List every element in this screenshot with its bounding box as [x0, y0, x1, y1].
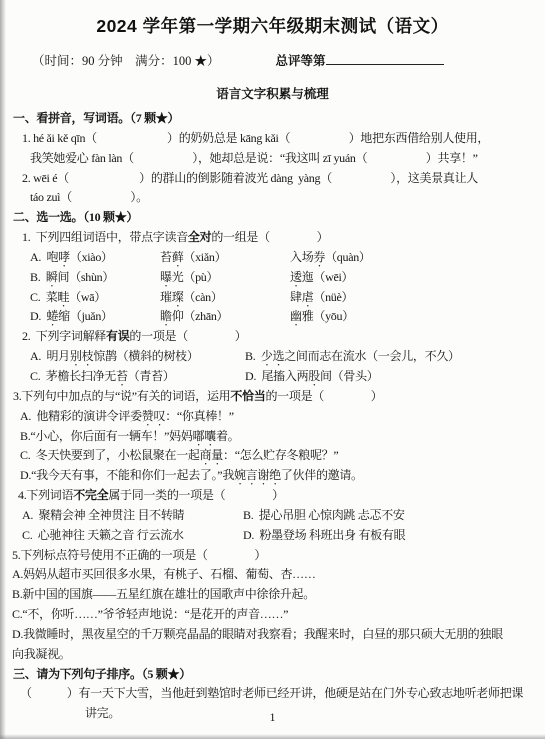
text-segment: （ ）有一天下大雪，当他赶到塾馆时老师已经开讲，他硬是站在门外专心致志地听老师把… [20, 686, 523, 700]
option-column: C. 心驰神往 天籁之音 行云流水 [22, 526, 243, 546]
option-column: B. 瞬间（shùn） [30, 268, 160, 290]
option-line-2-5-A: A.妈妈从超市买回很多水果，有桃子、石榴、葡萄、杏…… [0, 565, 545, 585]
text-segment: D. [30, 309, 46, 323]
text-segment: ：“怎么贮存冬粮呢？” [223, 448, 338, 462]
grade-label: 总评等第 [276, 54, 326, 68]
dotted-emphasis-text: 藓 [172, 250, 184, 264]
text-segment: 光（pù） [172, 270, 219, 284]
text-segment: （xiào） [70, 250, 113, 264]
scan-edge-bottom [0, 734, 545, 739]
text-segment: （nüè） [313, 290, 353, 304]
dotted-emphasis-text: 曝 [160, 270, 172, 284]
text-segment: 仰（zhān） [172, 309, 229, 323]
text-segment: 4.下列词语 [18, 488, 73, 502]
option-line-2-3-B: B.“小心，你后面有一辆车！”妈妈嘟囔着。 [0, 427, 545, 447]
option-column: A. 聚精会神 全神贯注 目不转睛 [22, 506, 243, 526]
dotted-emphasis-text: 璨 [172, 290, 184, 304]
dotted-emphasis-text: 哮 [58, 250, 70, 264]
option-column: B. 少选之间而志在流水（一会儿，不久） [245, 347, 460, 369]
option-line-2-5-D-cont: 向我凝视。 [0, 645, 545, 665]
pinyin-question-2-line-2: táo zuì（ ）。 [0, 188, 545, 208]
dotted-emphasis-text: 瞬 [46, 270, 58, 284]
section-heading-2: 二、选一选。（10 颗★） [0, 208, 545, 228]
option-line-2-3-C: C. 冬天快要到了，小松鼠聚在一起商量：“怎么贮存冬粮呢？” [0, 446, 545, 466]
text-segment: 3.下列句中加点的与“说”有关的词语，运用 [13, 389, 230, 403]
grade-blank-underline [326, 52, 444, 65]
text-segment: 2. 下列字词解释 [22, 329, 106, 343]
option-column: 苔藓（xiǎn） [160, 248, 290, 270]
section-heading-3: 三、请为下列句子排序。（5 颗★） [0, 665, 545, 685]
option-row-2-2-AB: A. 明月别枝惊鹊（横斜的树枝）B. 少选之间而志在流水（一会儿，不久） [0, 347, 545, 367]
text-segment: 属于同一类的一项是（ ） [108, 488, 284, 502]
question-stem-2-1: 1. 下列四组词语中，带点字读音全对的一组是（ ） [0, 228, 545, 248]
option-column: 曝光（pù） [160, 268, 290, 290]
text-segment: C. 冬天快要到了，小松鼠聚在一起 [20, 448, 200, 462]
option-column: 入场券（quàn） [290, 248, 371, 270]
section-heading-1: 一、看拼音，写词语。（7 颗★） [0, 109, 545, 129]
option-column: 幽雅（yōu） [290, 307, 354, 329]
pinyin-question-2-line-1: 2. wēi é（ ）的群山的倒影随着波光 dàng yàng（ ），这美景真让… [0, 169, 545, 189]
option-row-2-4-AB: A. 聚精会神 全神贯注 目不转睛B. 提心吊胆 心惊肉跳 忐忑不安 [0, 506, 545, 526]
text-segment: D. 尾搐入两 [245, 369, 308, 383]
dotted-emphasis-text: 赞叹 [142, 409, 165, 423]
option-column: A. 咆哮（xiào） [30, 248, 160, 270]
option-line-2-5-C: C.“不，你听……”爷爷轻声地说：“是花开的声音……” [0, 605, 545, 625]
dotted-emphasis-text: 商量 [200, 448, 223, 462]
text-segment: táo zuì（ ）。 [30, 190, 148, 204]
dotted-emphasis-text: 畦 [58, 290, 70, 304]
text-segment: （wā） [69, 290, 106, 304]
option-column: 肆虐（nüè） [290, 288, 353, 310]
text-segment: （quàn） [325, 250, 371, 264]
text-segment: D.我微睡时，黑夜星空的千万颗亮晶晶的眼睛对我察看；我醒来时，白昼的那只硕大无朋… [12, 627, 503, 641]
text-segment: 的一组是（ ） [211, 230, 328, 244]
text-segment: A. 咆 [30, 250, 58, 264]
text-segment: （xiǎn） [183, 250, 226, 264]
text-segment: C. 茅檐长扫净无 [30, 369, 116, 383]
text-segment: B. [30, 270, 46, 284]
text-segment: 璀 [160, 290, 172, 304]
text-segment: （càn） [183, 290, 222, 304]
scan-edge-left [0, 0, 6, 739]
text-segment: 了伙伴的邀请。 [281, 468, 363, 482]
dotted-emphasis-text: 苔 [116, 369, 128, 383]
question-stem-2-5: 5.下列标点符号使用不正确的一项是（ ） [0, 546, 545, 566]
text-segment: B.“小心，你后面有一辆车！”妈妈 [20, 429, 193, 443]
option-column: 璀璨（càn） [160, 288, 290, 310]
text-segment: 之间而志在流水（一会儿，不久） [284, 349, 460, 363]
text-segment: 迤（wēi） [302, 270, 354, 284]
text-segment: 我笑她爱心 fàn làn（ ），她却总是说：“我这叫 zī yuán（ ）共享… [30, 151, 478, 165]
text-segment: 惊鹊（横斜的树枝） [93, 349, 198, 363]
text-segment: C. 菜 [30, 290, 58, 304]
pinyin-question-1-line-2: 我笑她爱心 fàn làn（ ），她却总是说：“我这叫 zī yuán（ ）共享… [0, 149, 545, 169]
question-stem-2-3: 3.下列句中加点的与“说”有关的词语，运用不恰当的一项是（ ） [0, 387, 545, 407]
text-segment: ：“你真棒！” [165, 409, 234, 423]
bold-text: 有误 [106, 329, 129, 343]
text-segment: 的一项是（ ） [265, 389, 382, 403]
dotted-emphasis-text: 虐 [302, 290, 314, 304]
option-column: C. 茅檐长扫净无苔（青苔） [30, 367, 245, 389]
option-line-2-5-B: B.新中国的国旗——五星红旗在雄壮的国歌声中徐徐升起。 [0, 585, 545, 605]
text-segment: B.新中国的国旗——五星红旗在雄壮的国歌声中徐徐升起。 [12, 587, 315, 601]
option-column: D. 尾搐入两股间（骨头） [245, 367, 379, 389]
option-column: A. 明月别枝惊鹊（横斜的树枝） [30, 347, 245, 369]
option-column: D. 粉墨登场 科班出身 有板有眼 [243, 526, 405, 546]
option-row-2-1-C: C. 菜畦（wā）璀璨（càn）肆虐（nüè） [0, 288, 545, 308]
question-stem-2-4: 4.下列词语不完全属于同一类的一项是（ ） [0, 486, 545, 506]
exam-meta-line: （时间：90 分钟 满分：100 ★）总评等第 [0, 51, 545, 69]
option-row-2-4-CD: C. 心驰神往 天籁之音 行云流水D. 粉墨登场 科班出身 有板有眼 [0, 526, 545, 546]
text-segment: 5.下列标点符号使用不正确的一项是（ ） [12, 548, 266, 562]
text-segment: 二、选一选。（10 颗★） [13, 210, 138, 224]
text-segment: 缩（juǎn） [58, 309, 113, 323]
sequence-item-line-1: （ ）有一天下大雪，当他赶到塾馆时老师已经开讲，他硬是站在门外专心致志地听老师把… [0, 684, 545, 704]
option-column: B. 提心吊胆 心惊肉跳 忐忑不安 [243, 506, 405, 526]
dotted-emphasis-text: 嘟囔 [193, 429, 216, 443]
bold-text: 不完全 [73, 488, 108, 502]
dotted-emphasis-text: 瞻 [160, 309, 172, 323]
text-segment: 三、请为下列句子排序。（5 颗★） [13, 667, 191, 681]
text-segment: （青苔） [128, 369, 175, 383]
bold-text: 不恰当 [230, 389, 265, 403]
dotted-emphasis-text: 别枝 [70, 349, 93, 363]
text-segment: 雅（yōu） [302, 309, 354, 323]
option-row-2-1-A: A. 咆哮（xiào）苔藓（xiǎn）入场券（quàn） [0, 248, 545, 268]
text-segment: 2. wēi é（ ）的群山的倒影随着波光 dàng yàng（ ），这美景真让… [22, 171, 478, 185]
page-title: 2024 学年第一学期六年级期末测试（语文） [0, 0, 545, 38]
dotted-emphasis-text: 幽 [290, 309, 302, 323]
option-column: 瞻仰（zhān） [160, 307, 290, 329]
text-segment: B. [245, 349, 261, 363]
option-column: D. 蜷缩（juǎn） [30, 307, 160, 329]
option-line-2-5-D: D.我微睡时，黑夜星空的千万颗亮晶晶的眼睛对我察看；我醒来时，白昼的那只硕大无朋… [0, 625, 545, 645]
text-segment: 着。 [216, 429, 239, 443]
option-line-2-3-D: D.“我今天有事，不能和你们一起去了。”我婉言谢绝了伙伴的邀请。 [0, 466, 545, 486]
text-segment: D.“我今天有事，不能和你们一起去了。”我 [20, 468, 234, 482]
text-segment: A. 明月 [30, 349, 70, 363]
option-column: C. 菜畦（wā） [30, 288, 160, 310]
text-segment: 向我凝视。 [12, 647, 71, 661]
option-row-2-1-B: B. 瞬间（shùn）曝光（pù）逶迤（wēi） [0, 268, 545, 288]
question-stem-2-2: 2. 下列字词解释有误的一项是（ ） [0, 327, 545, 347]
text-segment: 间（骨头） [320, 369, 379, 383]
text-segment: 入场 [290, 250, 313, 264]
document-body: 一、看拼音，写词语。（7 颗★）1. hé ǎi kě qīn（ ）的奶奶总是 … [0, 109, 545, 724]
time-score-label: （时间：90 分钟 满分：100 ★） [32, 54, 220, 68]
text-segment: D. 粉墨登场 科班出身 有板有眼 [243, 528, 405, 542]
text-segment: B. 提心吊胆 心惊肉跳 忐忑不安 [243, 508, 405, 522]
section-banner: 语言文字积累与梳理 [0, 84, 545, 102]
text-segment: 苔 [160, 250, 172, 264]
text-segment: A.妈妈从超市买回很多水果，有桃子、石榴、葡萄、杏…… [12, 567, 316, 581]
bold-text: 全对 [188, 230, 211, 244]
text-segment: 1. hé ǎi kě qīn（ ）的奶奶总是 kāng kǎi（ ）地把东西借… [22, 131, 489, 145]
option-row-2-1-D: D. 蜷缩（juǎn）瞻仰（zhān）幽雅（yōu） [0, 307, 545, 327]
text-segment: 1. 下列四组词语中，带点字读音 [22, 230, 188, 244]
pinyin-question-1-line-1: 1. hé ǎi kě qīn（ ）的奶奶总是 kāng kǎi（ ）地把东西借… [0, 129, 545, 149]
dotted-emphasis-text: 券 [313, 250, 325, 264]
text-segment: 间（shùn） [58, 270, 115, 284]
text-segment: 肆 [290, 290, 302, 304]
dotted-emphasis-text: 蜷 [46, 309, 58, 323]
text-segment: A. 他精彩的演讲令评委 [20, 409, 142, 423]
option-row-2-2-CD: C. 茅檐长扫净无苔（青苔）D. 尾搐入两股间（骨头） [0, 367, 545, 387]
text-segment: C.“不，你听……”爷爷轻声地说：“是花开的声音……” [12, 607, 288, 621]
page-number: 1 [0, 710, 545, 725]
option-column: 逶迤（wēi） [290, 268, 353, 290]
text-segment: A. 聚精会神 全神贯注 目不转睛 [22, 508, 184, 522]
exam-paper-page: 2024 学年第一学期六年级期末测试（语文） （时间：90 分钟 满分：100 … [0, 0, 545, 739]
dotted-emphasis-text: 少选 [261, 349, 284, 363]
text-segment: C. 心驰神往 天籁之音 行云流水 [22, 528, 184, 542]
text-segment: 的一项是（ ） [129, 329, 246, 343]
dotted-emphasis-text: 逶 [290, 270, 302, 284]
text-segment: 一、看拼音，写词语。（7 颗★） [13, 111, 179, 125]
dotted-emphasis-text: 婉言谢绝 [234, 468, 281, 482]
option-line-2-3-A: A. 他精彩的演讲令评委赞叹：“你真棒！” [0, 407, 545, 427]
dotted-emphasis-text: 股 [308, 369, 320, 383]
